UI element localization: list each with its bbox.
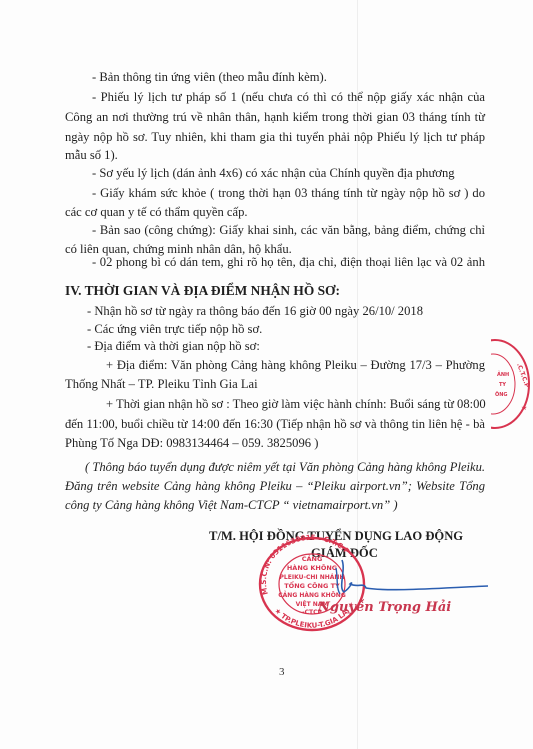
document-page: - Bản thông tin ứng viên (theo mẫu đính … [0, 0, 533, 749]
handwritten-signature-icon [330, 558, 490, 598]
notice-line: ( Thông báo tuyển dụng được niêm yết tại… [85, 459, 485, 475]
list-item: - Bản sao (công chứng): Giấy khai sinh, … [92, 222, 485, 238]
partial-stamp-icon: ẢNH TY ÔNG .C.T.C.P ★ [491, 334, 533, 434]
time-line: + Thời gian nhận hồ sơ : Theo giờ làm vi… [106, 396, 485, 412]
list-item: - Phiếu lý lịch tư pháp số 1 (nếu chưa c… [92, 89, 485, 105]
signatory-name: Nguyễn Trọng Hải [318, 600, 451, 615]
svg-text:ẢNH: ẢNH [497, 370, 509, 378]
list-item: - Sơ yếu lý lịch (dán ảnh 4x6) có xác nh… [92, 165, 455, 181]
list-item: - Bản thông tin ứng viên (theo mẫu đính … [92, 69, 327, 85]
list-item-continued: ngày nộp hồ sơ. Tuy nhiên, khi tham gia … [65, 129, 485, 145]
time-line-continued: đến 11:00, buổi chiều từ 14:00 đến 16:30… [65, 416, 485, 432]
notice-line: Đăng trên website Cảng hàng không Pleiku… [65, 478, 485, 494]
svg-text:CẢNG: CẢNG [302, 553, 323, 563]
list-item: - Các ứng viên trực tiếp nộp hồ sơ. [87, 321, 262, 337]
list-item: - Giấy khám sức khỏe ( trong thời hạn 03… [92, 185, 485, 201]
svg-text:★: ★ [521, 404, 527, 412]
location-line-continued: Thống Nhất – TP. Pleiku Tỉnh Gia Lai [65, 376, 258, 392]
list-item: - Địa điểm và thời gian nộp hồ sơ: [87, 338, 260, 354]
time-line-continued: Phùng Tố Nga DĐ: 0983134464 – 059. 38250… [65, 435, 318, 451]
list-item-continued: Công an nơi thường trú về nhân thân, hạn… [65, 109, 485, 125]
list-item-continued: các cơ quan y tế có thẩm quyền cấp. [65, 204, 248, 220]
location-line: + Địa điểm: Văn phòng Cảng hàng không Pl… [106, 357, 485, 373]
list-item: - 02 phong bì có dán tem, ghi rõ họ tên,… [92, 254, 485, 270]
section-heading: IV. THỜI GIAN VÀ ĐỊA ĐIỂM NHẬN HỒ SƠ: [65, 283, 340, 299]
svg-text:ÔNG: ÔNG [495, 391, 508, 398]
page-number: 3 [279, 666, 285, 678]
list-item: - Nhận hồ sơ từ ngày ra thông báo đến 16… [87, 303, 423, 319]
list-item-continued: mẫu số 1). [65, 147, 118, 163]
svg-text:TY: TY [499, 382, 506, 388]
notice-line: công ty Cảng hàng không Việt Nam-CTCP “ … [65, 497, 398, 513]
